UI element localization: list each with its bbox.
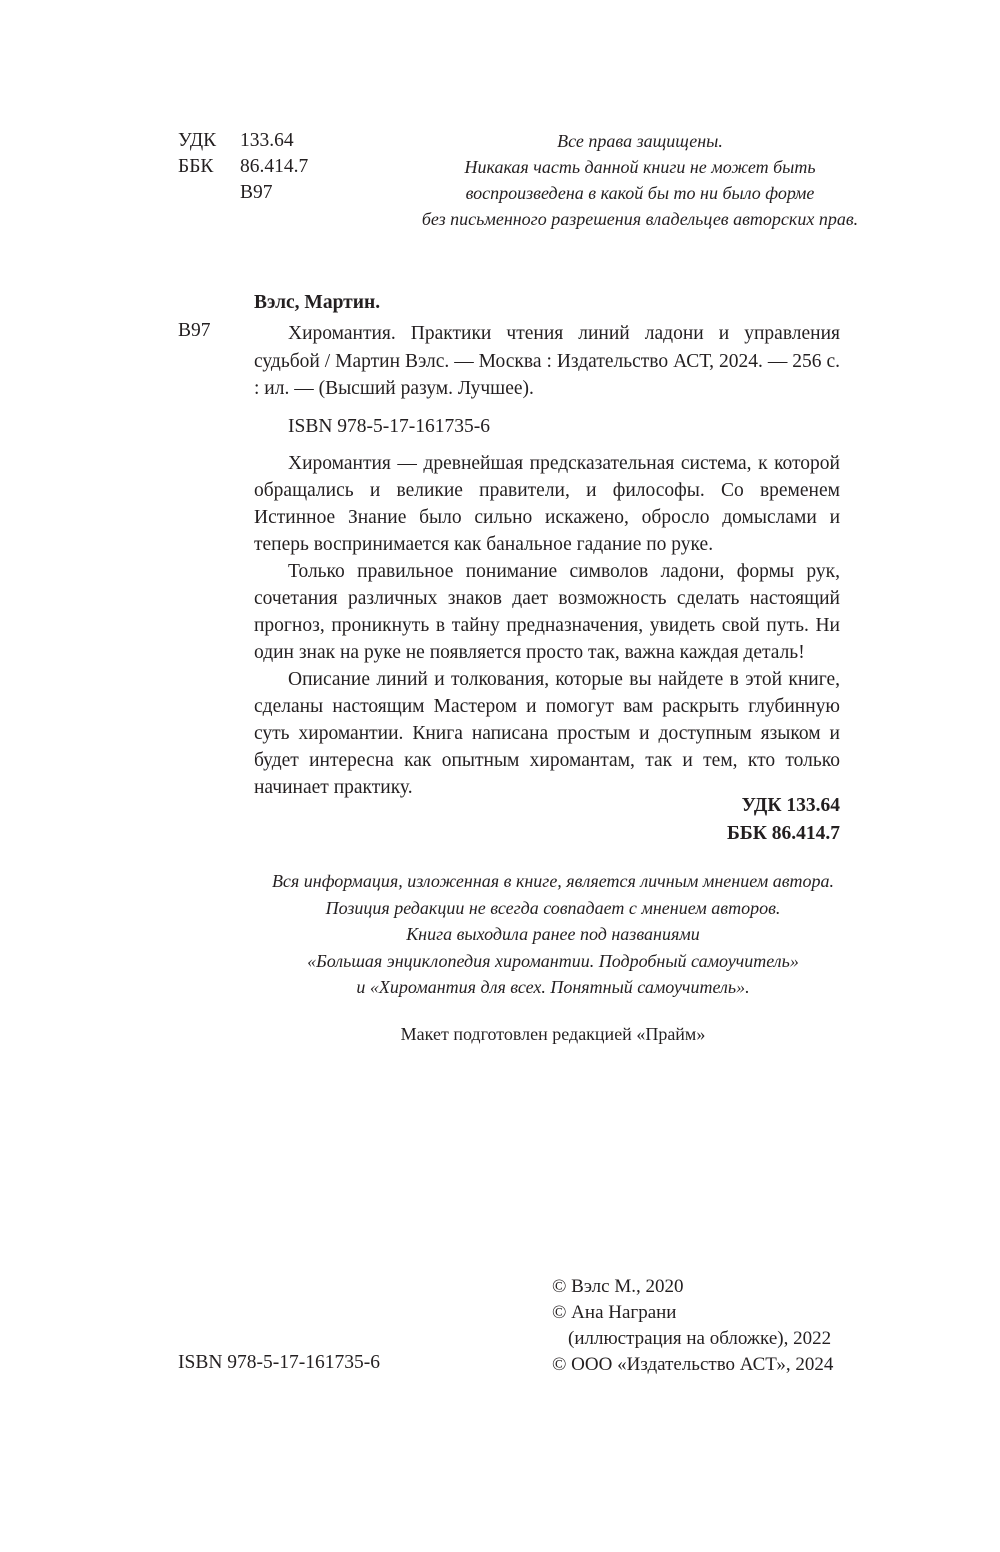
udk-code: УДК133.64: [178, 128, 308, 154]
author-mark-code: В97: [178, 180, 308, 206]
classification-codes: УДК 133.64 ББК 86.414.7: [727, 792, 840, 848]
copyright-block: © Вэлс М., 2020 © Ана Награни (иллюстрац…: [552, 1274, 833, 1378]
footer-isbn: ISBN 978-5-17-161735-6: [178, 1352, 380, 1374]
bbk-code: ББК86.414.7: [178, 154, 308, 180]
header-codes: УДК133.64 ББК86.414.7 В97: [178, 128, 308, 206]
isbn-record: ISBN 978-5-17-161735-6: [288, 416, 490, 438]
author-heading: Вэлс, Мартин.: [254, 292, 380, 314]
annotation: Хиромантия — древнейшая предсказательная…: [254, 450, 840, 801]
annotation-paragraph: Только правильное понимание символов лад…: [254, 558, 840, 666]
annotation-paragraph: Хиромантия — древнейшая предсказательная…: [254, 450, 840, 558]
author-mark: В97: [178, 320, 211, 342]
annotation-paragraph: Описание линий и толкования, которые вы …: [254, 666, 840, 801]
bibliographic-description: Хиромантия. Практики чтения линий ладони…: [254, 320, 840, 403]
rights-notice: Все права защищены. Никакая часть данной…: [370, 128, 910, 232]
disclaimer-notes: Вся информация, изложенная в книге, явля…: [250, 868, 856, 1001]
layout-credit: Макет подготовлен редакцией «Прайм»: [250, 1024, 856, 1045]
